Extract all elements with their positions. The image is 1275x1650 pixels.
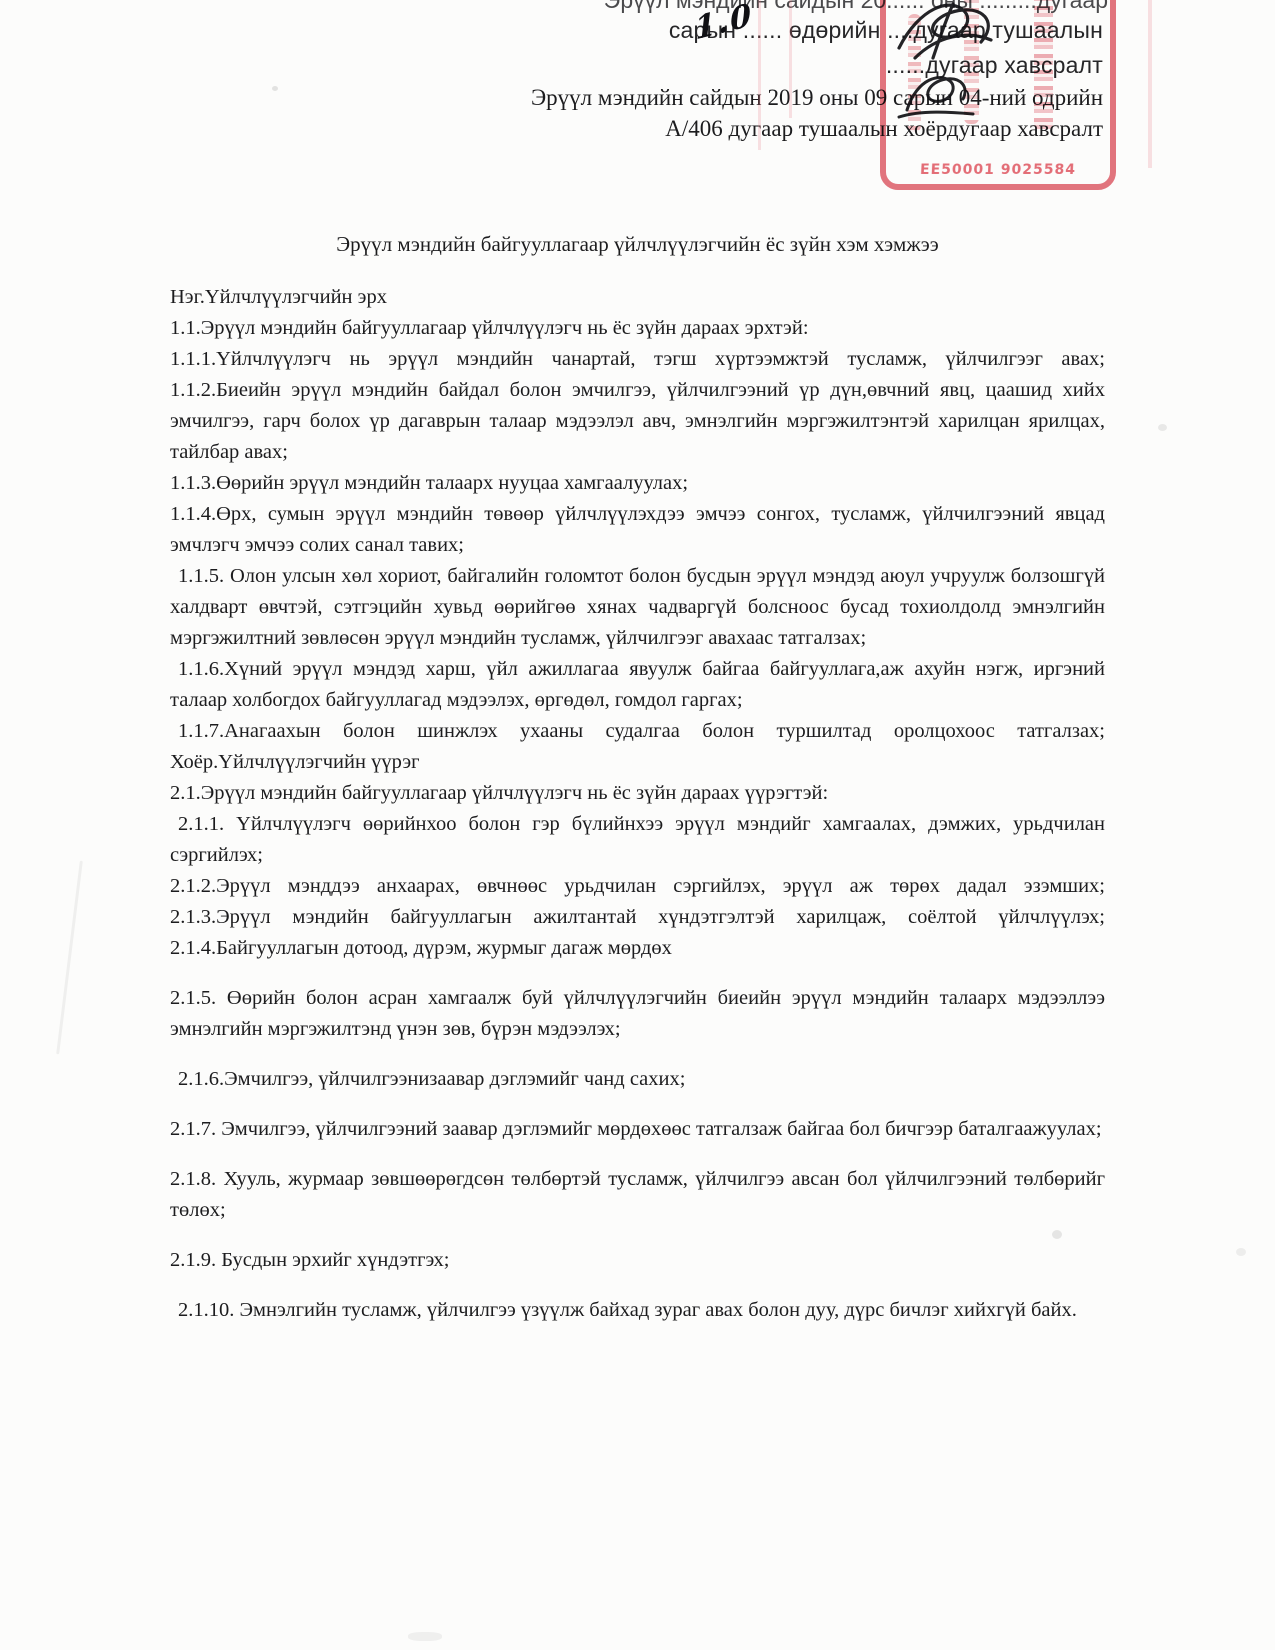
paragraph: 2.1.6.Эмчилгээ, үйлчилгээнизаавар дэглэм… bbox=[170, 1064, 1105, 1095]
scan-artifact bbox=[56, 861, 83, 1055]
paragraph: 2.1.2.Эрүүл мэнддээ анхаарах, өвчнөөс ур… bbox=[170, 871, 1105, 902]
paragraph: 2.1.1. Үйлчлүүлэгч өөрийнхоо болон гэр б… bbox=[170, 809, 1105, 871]
document-title: Эрүүл мэндийн байгууллагаар үйлчлүүлэгчи… bbox=[170, 232, 1105, 257]
official-stamp: ЕЕ50001 9025584 bbox=[880, 0, 1116, 190]
document-body: Нэг.Үйлчлүүлэгчийн эрх1.1.Эрүүл мэндийн … bbox=[170, 282, 1105, 1326]
paragraph: 2.1.8. Хууль, журмаар зөвшөөрөгдсөн төлб… bbox=[170, 1164, 1105, 1226]
paragraph: 1.1.5. Олон улсын хөл хориот, байгалийн … bbox=[170, 561, 1105, 654]
paragraph: 2.1.10. Эмнэлгийн тусламж, үйлчилгээ үзү… bbox=[170, 1295, 1105, 1326]
paragraph: 1.1.3.Өөрийн эрүүл мэндийн талаарх нууца… bbox=[170, 468, 1105, 499]
document-page: Эрүүл мэндийн сайдын 20...... оны ......… bbox=[0, 0, 1275, 1650]
paragraph: 1.1.1.Үйлчлүүлэгч нь эрүүл мэндийн чанар… bbox=[170, 344, 1105, 375]
scan-artifact bbox=[1158, 424, 1167, 431]
stamp-script-column bbox=[908, 14, 921, 132]
scan-artifact bbox=[272, 86, 278, 91]
paragraph: 1.1.Эрүүл мэндийн байгууллагаар үйлчлүүл… bbox=[170, 313, 1105, 344]
paragraph: 1.1.7.Анагаахын болон шинжлэх ухааны суд… bbox=[170, 716, 1105, 747]
scan-artifact bbox=[1236, 1248, 1246, 1256]
stamp-ink-streak bbox=[1148, 0, 1152, 168]
paragraph: 2.1.Эрүүл мэндийн байгууллагаар үйлчлүүл… bbox=[170, 778, 1105, 809]
paragraph: 1.1.6.Хүний эрүүл мэндэд харш, үйл ажилл… bbox=[170, 654, 1105, 716]
stamp-serial-number: ЕЕ50001 9025584 bbox=[886, 162, 1111, 178]
paragraph: 2.1.4.Байгууллагын дотоод, дүрэм, журмыг… bbox=[170, 933, 1105, 964]
paragraph: 1.1.4.Өрх, сумын эрүүл мэндийн төвөөр үй… bbox=[170, 499, 1105, 561]
paragraph: 2.1.3.Эрүүл мэндийн байгууллагын ажилтан… bbox=[170, 902, 1105, 933]
scan-artifact bbox=[408, 1632, 442, 1641]
paragraph: Хоёр.Үйлчлүүлэгчийн үүрэг bbox=[170, 747, 1105, 778]
paragraph: 2.1.9. Бусдын эрхийг хүндэтгэх; bbox=[170, 1245, 1105, 1276]
paragraph: 1.1.2.Биеийн эрүүл мэндийн байдал болон … bbox=[170, 375, 1105, 468]
stamp-script-column bbox=[964, 0, 979, 124]
paragraph: 2.1.7. Эмчилгээ, үйлчилгээний заавар дэг… bbox=[170, 1114, 1105, 1145]
stamp-script-column bbox=[1034, 0, 1053, 130]
paragraph: Нэг.Үйлчлүүлэгчийн эрх bbox=[170, 282, 1105, 313]
paragraph: 2.1.5. Өөрийн болон асран хамгаалж буй ү… bbox=[170, 983, 1105, 1045]
